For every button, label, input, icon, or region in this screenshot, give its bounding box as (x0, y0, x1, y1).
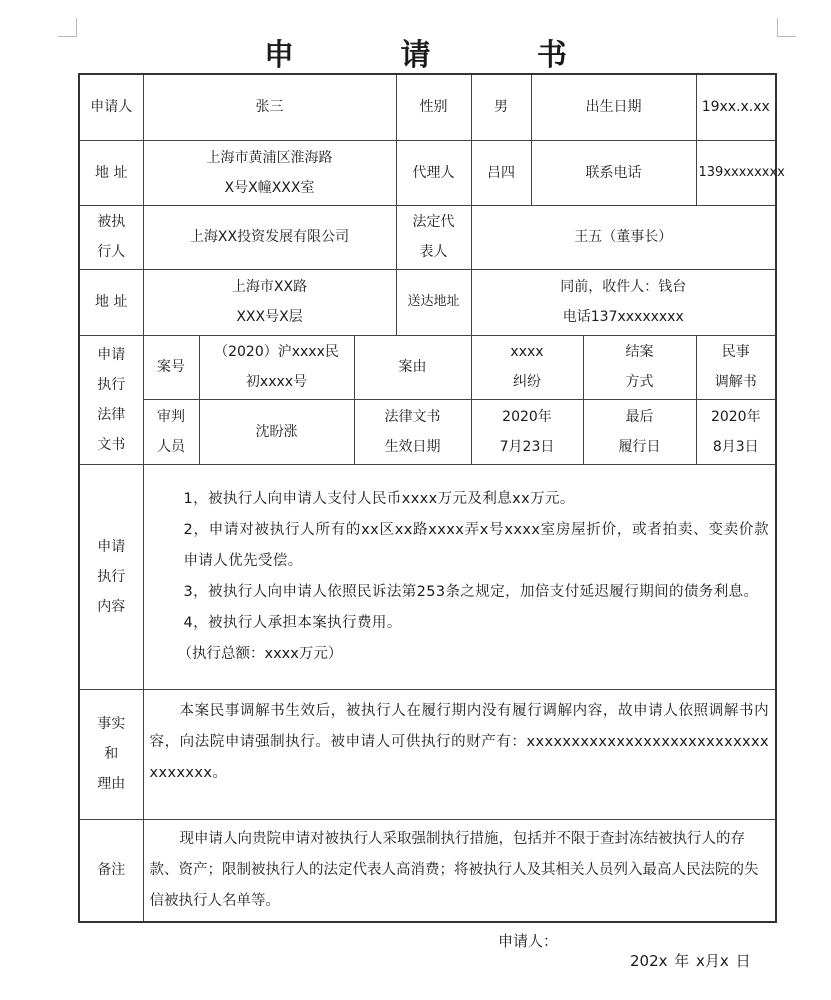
label-line: 表人 (399, 237, 469, 267)
respondent-label: 被执 行人 (79, 205, 143, 269)
execution-content-body: 1，被执行人向申请人支付人民币xxxx万元及利息xx万元。 2，申请对被执行人所… (143, 464, 776, 689)
closing-method-label: 结案 方式 (583, 335, 696, 399)
value-line: （2020）沪xxxx民 (202, 337, 352, 367)
label-line: 行人 (82, 237, 141, 267)
value-line: 纠纷 (474, 367, 581, 397)
content-item: 2，申请对被执行人所有的xx区xx路xxxx弄x号xxxx室房屋折价，或者拍卖、… (150, 515, 770, 577)
label-line: 执行 (82, 370, 141, 400)
judge-label: 审判 人员 (143, 399, 199, 464)
effective-date-value: 2020年 7月23日 (471, 399, 583, 464)
remarks-body: 现申请人向贵院申请对被执行人采取强制执行措施，包括并不限于查封冻结被执行人的存款… (143, 819, 776, 922)
execution-content-label: 申请 执行 内容 (79, 464, 143, 689)
address-line: XXX号X层 (146, 302, 394, 332)
label-line: 内容 (82, 592, 141, 622)
agent-label: 代理人 (396, 140, 471, 205)
applicant-row: 申请人 张三 性别 男 出生日期 19xx.x.xx (79, 74, 776, 140)
respondent-row: 被执 行人 上海XX投资发展有限公司 法定代 表人 王五（董事长） (79, 205, 776, 269)
delivery-line: 同前，收件人：钱台 (474, 272, 774, 302)
applicant-address: 上海市黄浦区淮海路 X号X幢XXX室 (143, 140, 396, 205)
label-line: 法律 (82, 400, 141, 430)
facts-label: 事实 和 理由 (79, 689, 143, 819)
birth-label: 出生日期 (531, 74, 696, 140)
signature-applicant-label: 申请人： (498, 930, 558, 951)
label-line: 结案 (586, 337, 694, 367)
effective-date-label: 法律文书 生效日期 (354, 399, 471, 464)
judge-dates-row: 审判 人员 沈盼涨 法律文书 生效日期 2020年 7月23日 最后 履行日 2… (79, 399, 776, 464)
label-line: 人员 (146, 432, 197, 462)
respondent-name: 上海XX投资发展有限公司 (143, 205, 396, 269)
label-line: 履行日 (586, 432, 694, 462)
application-form-table: 申请人 张三 性别 男 出生日期 19xx.x.xx 地 址 上海市黄浦区淮海路… (78, 73, 777, 923)
judge-value: 沈盼涨 (199, 399, 354, 464)
value-line: 调解书 (699, 367, 774, 397)
gender-value: 男 (471, 74, 531, 140)
case-no-label: 案号 (143, 335, 199, 399)
signature-date: 202x 年 x月x 日 (630, 950, 751, 971)
case-info-row: 申请 执行 法律 文书 案号 （2020）沪xxxx民 初xxxx号 案由 xx… (79, 335, 776, 399)
value-line: 2020年 (699, 402, 774, 432)
applicant-label: 申请人 (79, 74, 143, 140)
facts-row: 事实 和 理由 本案民事调解书生效后，被执行人在履行期内没有履行调解内容，故申请… (79, 689, 776, 819)
deadline-label: 最后 履行日 (583, 399, 696, 464)
respondent-address-row: 地 址 上海市XX路 XXX号X层 送达地址 同前，收件人：钱台 电话137xx… (79, 269, 776, 335)
cause-label: 案由 (354, 335, 471, 399)
address-line: X号X幢XXX室 (146, 173, 394, 203)
value-line: 2020年 (474, 402, 581, 432)
phone-value: 139xxxxxxxx (696, 140, 776, 205)
label-line: 事实 (82, 709, 141, 739)
label-line: 生效日期 (357, 432, 469, 462)
cause-value: xxxx 纠纷 (471, 335, 583, 399)
address-label: 地 址 (79, 140, 143, 205)
address-line: 上海市黄浦区淮海路 (146, 143, 394, 173)
execution-total: （执行总额：xxxx万元） (150, 639, 770, 670)
label-line: 理由 (82, 769, 141, 799)
legal-rep-value: 王五（董事长） (471, 205, 776, 269)
delivery-address-value: 同前，收件人：钱台 电话137xxxxxxxx (471, 269, 776, 335)
value-line: 8月3日 (699, 432, 774, 462)
address-line: 上海市XX路 (146, 272, 394, 302)
label-line: 方式 (586, 367, 694, 397)
gender-label: 性别 (396, 74, 471, 140)
deadline-value: 2020年 8月3日 (696, 399, 776, 464)
label-line: 法定代 (399, 207, 469, 237)
facts-body: 本案民事调解书生效后，被执行人在履行期内没有履行调解内容，故申请人依照调解书内容… (143, 689, 776, 819)
value-line: 初xxxx号 (202, 367, 352, 397)
content-item: 4，被执行人承担本案执行费用。 (150, 608, 770, 639)
value-line: xxxx (474, 337, 581, 367)
content-item: 3，被执行人向申请人依照民诉法第253条之规定，加倍支付延迟履行期间的债务利息。 (150, 577, 770, 608)
applicant-address-row: 地 址 上海市黄浦区淮海路 X号X幢XXX室 代理人 吕四 联系电话 139xx… (79, 140, 776, 205)
applicant-name: 张三 (143, 74, 396, 140)
label-line: 法律文书 (357, 402, 469, 432)
remarks-label: 备注 (79, 819, 143, 922)
document-title: 申 请 书 (0, 30, 831, 74)
delivery-address-label: 送达地址 (396, 269, 471, 335)
label-line: 被执 (82, 207, 141, 237)
label-line: 审判 (146, 402, 197, 432)
label-line: 执行 (82, 562, 141, 592)
phone-label: 联系电话 (531, 140, 696, 205)
label-line: 和 (82, 739, 141, 769)
agent-value: 吕四 (471, 140, 531, 205)
address-label: 地 址 (79, 269, 143, 335)
birth-value: 19xx.x.xx (696, 74, 776, 140)
legal-rep-label: 法定代 表人 (396, 205, 471, 269)
label-line: 申请 (82, 532, 141, 562)
delivery-line: 电话137xxxxxxxx (474, 302, 774, 332)
execution-content-row: 申请 执行 内容 1，被执行人向申请人支付人民币xxxx万元及利息xx万元。 2… (79, 464, 776, 689)
label-line: 最后 (586, 402, 694, 432)
legal-doc-label: 申请 执行 法律 文书 (79, 335, 143, 464)
content-item: 1，被执行人向申请人支付人民币xxxx万元及利息xx万元。 (150, 484, 770, 515)
respondent-address: 上海市XX路 XXX号X层 (143, 269, 396, 335)
label-line: 文书 (82, 430, 141, 460)
value-line: 民事 (699, 337, 774, 367)
value-line: 7月23日 (474, 432, 581, 462)
case-no-value: （2020）沪xxxx民 初xxxx号 (199, 335, 354, 399)
remarks-row: 备注 现申请人向贵院申请对被执行人采取强制执行措施，包括并不限于查封冻结被执行人… (79, 819, 776, 922)
label-line: 申请 (82, 340, 141, 370)
closing-method-value: 民事 调解书 (696, 335, 776, 399)
